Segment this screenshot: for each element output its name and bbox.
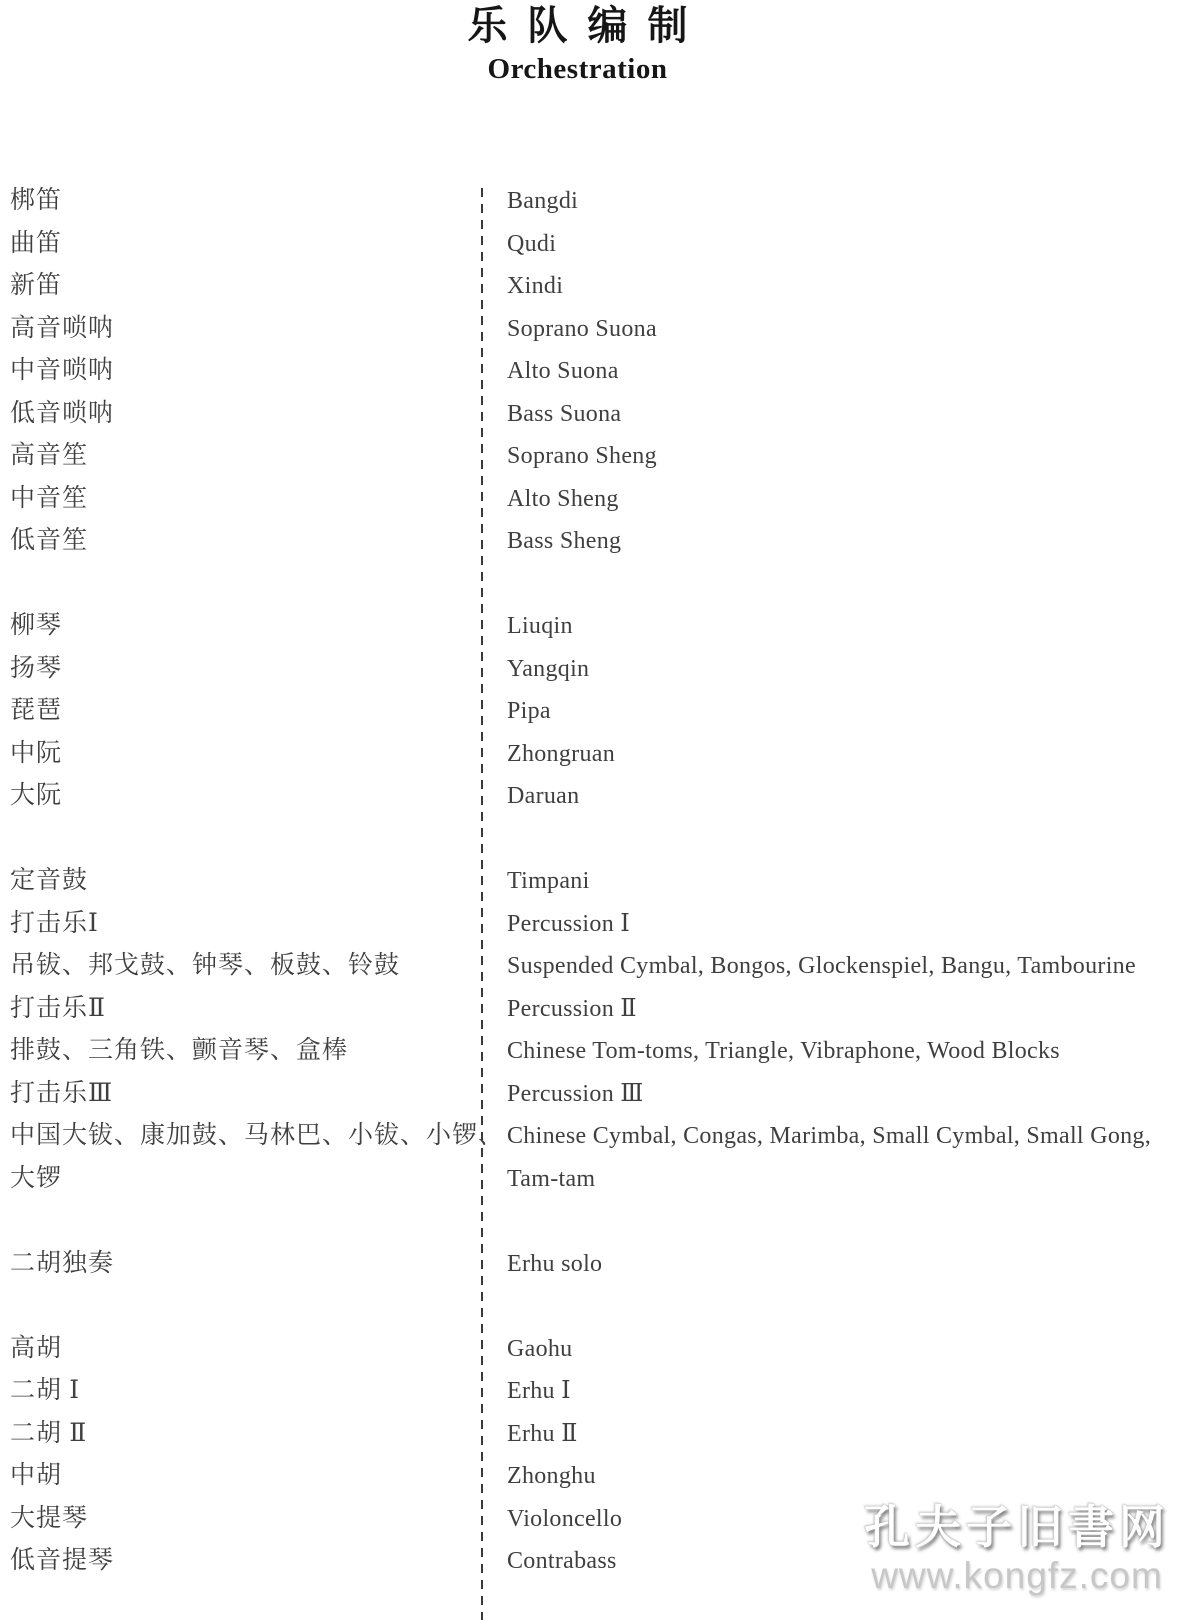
instrument-row: 低音笙Bass Sheng bbox=[10, 520, 1192, 563]
page-header: 乐队编制 Orchestration bbox=[0, 2, 1155, 86]
instrument-name-english: Percussion Ⅲ bbox=[507, 1073, 644, 1116]
instrument-row: 琵琶Pipa bbox=[10, 690, 1192, 733]
instrument-name-chinese: 高音笙 bbox=[10, 435, 507, 478]
watermark-site-url: www.kongfz.com bbox=[864, 1556, 1170, 1596]
instrument-name-chinese: 大提琴 bbox=[10, 1498, 507, 1541]
instrument-name-chinese: 大锣 bbox=[10, 1158, 507, 1201]
instrument-row: 中胡Zhonghu bbox=[10, 1455, 1192, 1498]
instrument-name-english: Suspended Cymbal, Bongos, Glockenspiel, … bbox=[507, 945, 1136, 988]
instrument-row: 大阮Daruan bbox=[10, 775, 1192, 818]
instrument-name-english: Bangdi bbox=[507, 180, 578, 223]
instrument-name-english: Erhu Ⅰ bbox=[507, 1370, 571, 1413]
instrument-row: 大锣Tam-tam bbox=[10, 1158, 1192, 1201]
instrument-row: 扬琴Yangqin bbox=[10, 648, 1192, 691]
instrument-name-english: Soprano Suona bbox=[507, 308, 657, 351]
instrument-name-english: Soprano Sheng bbox=[507, 435, 657, 478]
instrument-row: 新笛Xindi bbox=[10, 265, 1192, 308]
page-title-chinese: 乐队编制 bbox=[0, 2, 1155, 50]
instrument-row: 打击乐ⅠPercussion Ⅰ bbox=[10, 903, 1192, 946]
instrument-name-chinese: 低音提琴 bbox=[10, 1540, 507, 1583]
instrument-name-chinese: 柳琴 bbox=[10, 605, 507, 648]
instrument-name-chinese: 吊钹、邦戈鼓、钟琴、板鼓、铃鼓 bbox=[10, 945, 507, 988]
instrument-name-english: Pipa bbox=[507, 690, 551, 733]
instrument-name-chinese: 高音唢呐 bbox=[10, 308, 507, 351]
instrument-row: 曲笛Qudi bbox=[10, 223, 1192, 266]
instrument-name-chinese: 中胡 bbox=[10, 1455, 507, 1498]
instrument-name-english: Xindi bbox=[507, 265, 563, 308]
instrument-name-chinese: 高胡 bbox=[10, 1328, 507, 1371]
watermark-site-name: 孔夫子旧書网 bbox=[864, 1502, 1170, 1554]
instrument-row: 打击乐ⅢPercussion Ⅲ bbox=[10, 1073, 1192, 1116]
instrument-name-chinese: 定音鼓 bbox=[10, 860, 507, 903]
instrument-row: 柳琴Liuqin bbox=[10, 605, 1192, 648]
instrument-row: 中阮Zhongruan bbox=[10, 733, 1192, 776]
instrument-name-chinese: 中国大钹、康加鼓、马林巴、小钹、小锣、 bbox=[10, 1115, 507, 1158]
instrument-row: 二胡独奏Erhu solo bbox=[10, 1243, 1192, 1286]
instrument-row: 吊钹、邦戈鼓、钟琴、板鼓、铃鼓Suspended Cymbal, Bongos,… bbox=[10, 945, 1192, 988]
instrument-name-english: Percussion Ⅱ bbox=[507, 988, 637, 1031]
instrument-name-chinese: 扬琴 bbox=[10, 648, 507, 691]
instrument-name-english: Chinese Cymbal, Congas, Marimba, Small C… bbox=[507, 1115, 1151, 1158]
instrument-group-solo: 二胡独奏Erhu solo bbox=[10, 1243, 1192, 1286]
instrument-name-english: Gaohu bbox=[507, 1328, 572, 1371]
instrument-name-chinese: 低音唢呐 bbox=[10, 393, 507, 436]
instrument-name-chinese: 中音唢呐 bbox=[10, 350, 507, 393]
instrument-row: 高音笙Soprano Sheng bbox=[10, 435, 1192, 478]
instrument-row: 高音唢呐Soprano Suona bbox=[10, 308, 1192, 351]
instrument-name-english: Liuqin bbox=[507, 605, 573, 648]
watermark: 孔夫子旧書网 www.kongfz.com bbox=[864, 1502, 1170, 1596]
instrument-name-chinese: 琵琶 bbox=[10, 690, 507, 733]
instrument-name-chinese: 大阮 bbox=[10, 775, 507, 818]
instrument-row: 中国大钹、康加鼓、马林巴、小钹、小锣、Chinese Cymbal, Conga… bbox=[10, 1115, 1192, 1158]
instrument-name-english: Contrabass bbox=[507, 1540, 617, 1583]
instrument-row: 二胡 ⅠErhu Ⅰ bbox=[10, 1370, 1192, 1413]
instrument-name-chinese: 二胡 Ⅰ bbox=[10, 1370, 507, 1413]
instrument-name-english: Daruan bbox=[507, 775, 579, 818]
instrument-name-chinese: 曲笛 bbox=[10, 223, 507, 266]
instrument-name-english: Erhu solo bbox=[507, 1243, 602, 1286]
instrument-name-chinese: 二胡 Ⅱ bbox=[10, 1413, 507, 1456]
instrument-name-chinese: 打击乐Ⅰ bbox=[10, 903, 507, 946]
page-title-english: Orchestration bbox=[0, 52, 1155, 86]
instrument-row: 高胡Gaohu bbox=[10, 1328, 1192, 1371]
instrument-name-chinese: 中阮 bbox=[10, 733, 507, 776]
instrument-name-english: Erhu Ⅱ bbox=[507, 1413, 578, 1456]
instrument-name-english: Timpani bbox=[507, 860, 590, 903]
instrument-name-chinese: 排鼓、三角铁、颤音琴、盒棒 bbox=[10, 1030, 507, 1073]
instrument-row: 梆笛Bangdi bbox=[10, 180, 1192, 223]
instrument-name-english: Zhongruan bbox=[507, 733, 615, 776]
instrument-name-english: Zhonghu bbox=[507, 1455, 596, 1498]
instrument-group-winds: 梆笛Bangdi曲笛Qudi新笛Xindi高音唢呐Soprano Suona中音… bbox=[10, 180, 1192, 563]
instrument-name-english: Alto Sheng bbox=[507, 478, 619, 521]
instrument-name-english: Violoncello bbox=[507, 1498, 622, 1541]
instrument-name-english: Bass Sheng bbox=[507, 520, 621, 563]
instrument-name-english: Tam-tam bbox=[507, 1158, 595, 1201]
scanned-page: 乐队编制 Orchestration 梆笛Bangdi曲笛Qudi新笛Xindi… bbox=[0, 0, 1200, 1620]
instrument-name-chinese: 打击乐Ⅱ bbox=[10, 988, 507, 1031]
instrument-group-percussion: 定音鼓Timpani打击乐ⅠPercussion Ⅰ吊钹、邦戈鼓、钟琴、板鼓、铃… bbox=[10, 860, 1192, 1200]
instrument-name-english: Yangqin bbox=[507, 648, 589, 691]
instrument-name-english: Percussion Ⅰ bbox=[507, 903, 630, 946]
instrument-name-chinese: 梆笛 bbox=[10, 180, 507, 223]
instrument-name-english: Qudi bbox=[507, 223, 556, 266]
instrument-name-chinese: 二胡独奏 bbox=[10, 1243, 507, 1286]
instrument-group-plucked-strings: 柳琴Liuqin扬琴Yangqin琵琶Pipa中阮Zhongruan大阮Daru… bbox=[10, 605, 1192, 818]
orchestration-list: 梆笛Bangdi曲笛Qudi新笛Xindi高音唢呐Soprano Suona中音… bbox=[10, 180, 1192, 1583]
instrument-name-english: Alto Suona bbox=[507, 350, 619, 393]
instrument-row: 二胡 ⅡErhu Ⅱ bbox=[10, 1413, 1192, 1456]
instrument-row: 中音唢呐Alto Suona bbox=[10, 350, 1192, 393]
instrument-name-chinese: 中音笙 bbox=[10, 478, 507, 521]
instrument-row: 排鼓、三角铁、颤音琴、盒棒Chinese Tom-toms, Triangle,… bbox=[10, 1030, 1192, 1073]
instrument-name-english: Bass Suona bbox=[507, 393, 621, 436]
instrument-row: 打击乐ⅡPercussion Ⅱ bbox=[10, 988, 1192, 1031]
instrument-row: 低音唢呐Bass Suona bbox=[10, 393, 1192, 436]
instrument-row: 中音笙Alto Sheng bbox=[10, 478, 1192, 521]
instrument-row: 定音鼓Timpani bbox=[10, 860, 1192, 903]
instrument-name-chinese: 打击乐Ⅲ bbox=[10, 1073, 507, 1116]
instrument-name-chinese: 新笛 bbox=[10, 265, 507, 308]
instrument-name-chinese: 低音笙 bbox=[10, 520, 507, 563]
instrument-name-english: Chinese Tom-toms, Triangle, Vibraphone, … bbox=[507, 1030, 1060, 1073]
